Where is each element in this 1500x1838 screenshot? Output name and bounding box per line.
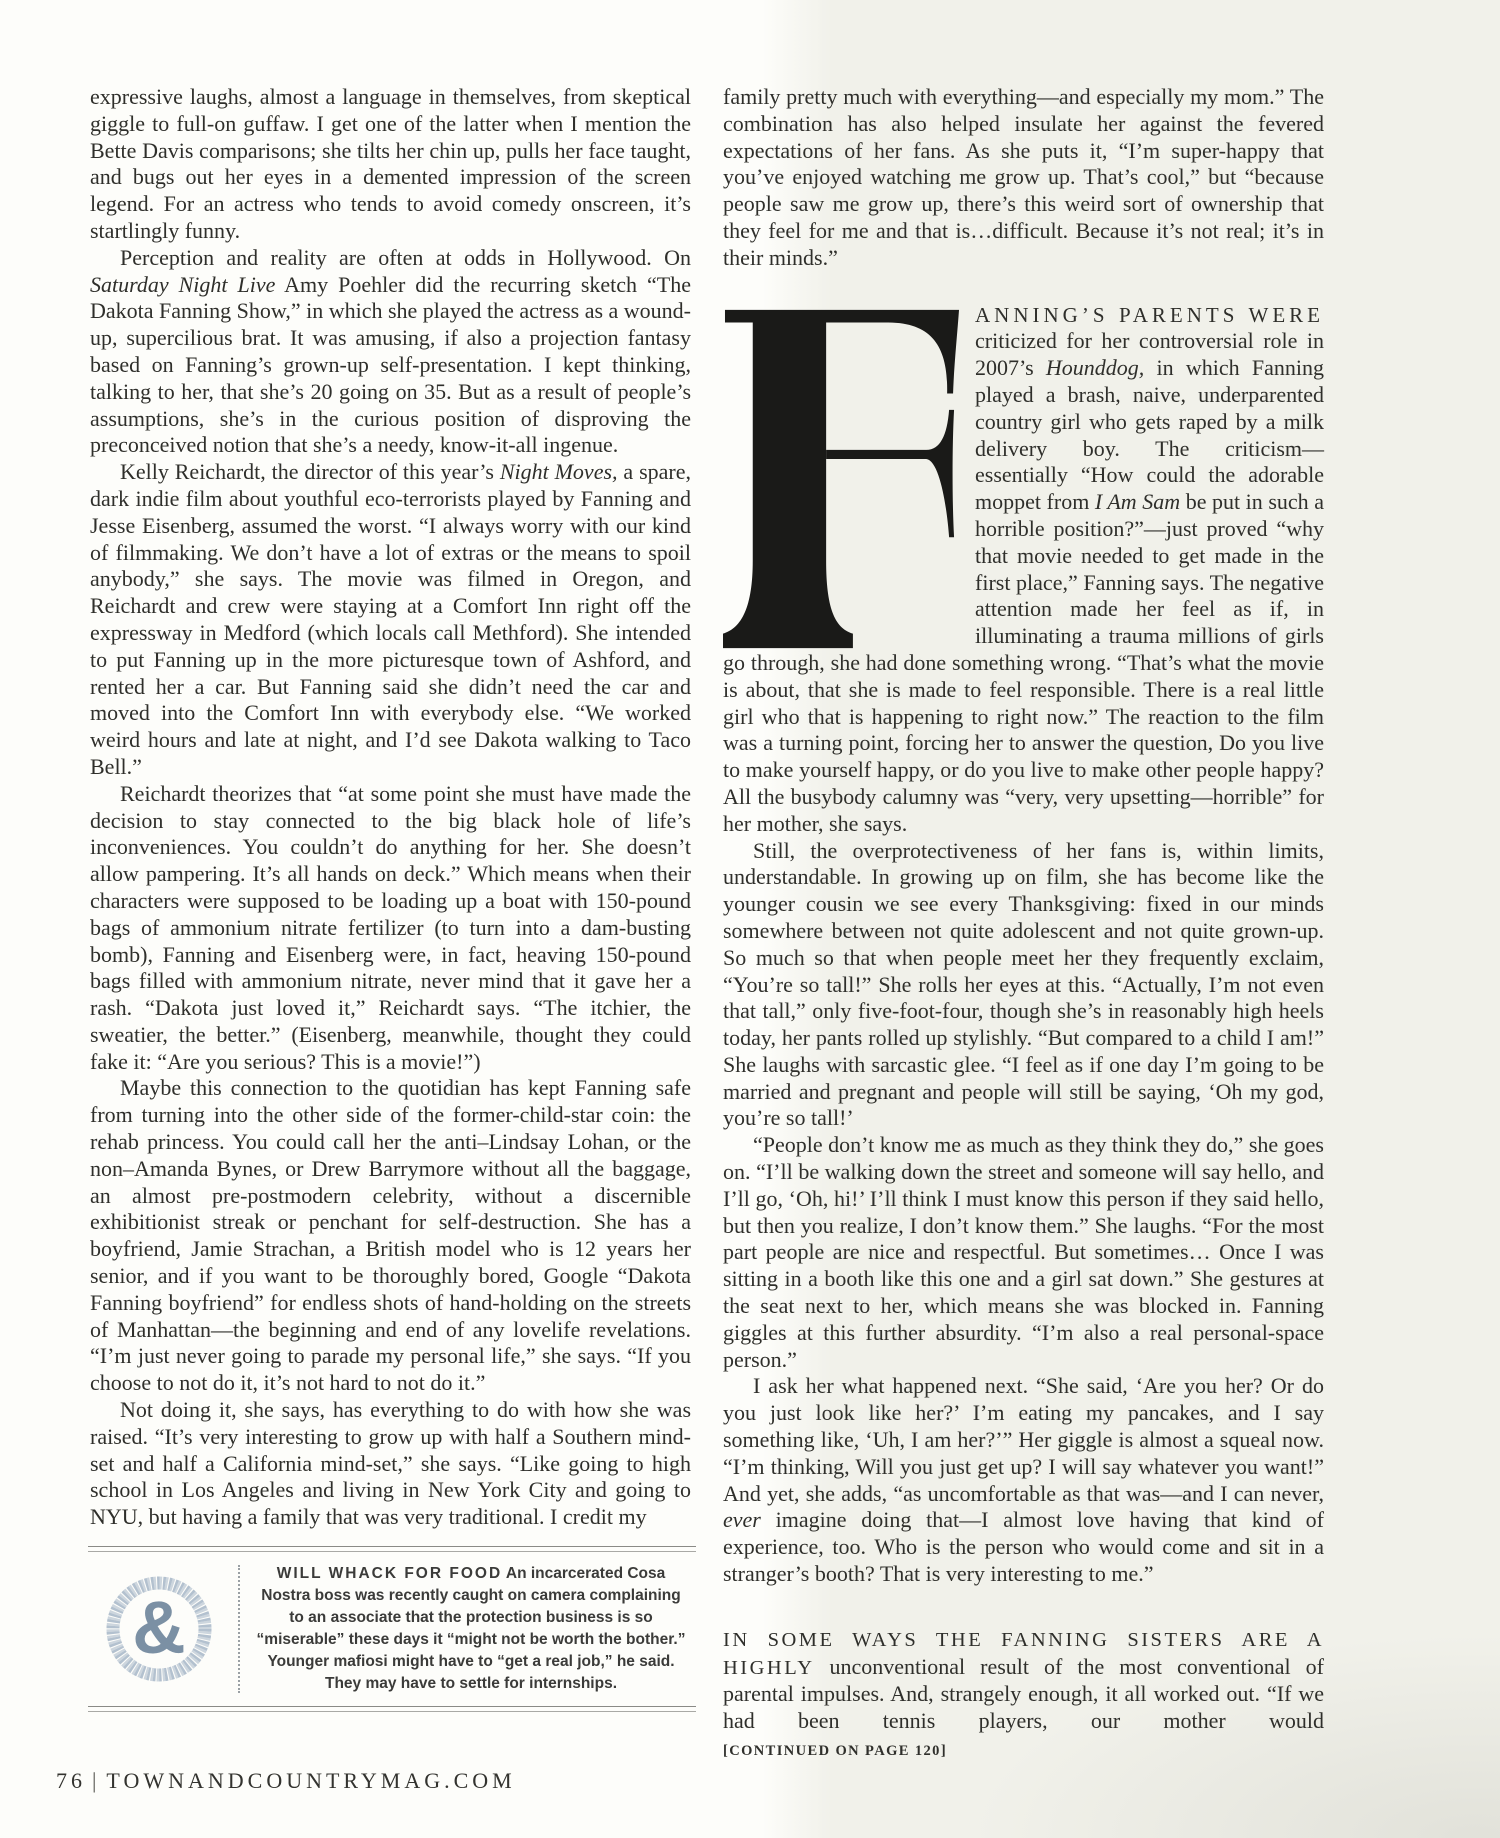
body-paragraph: “People don’t know me as much as they th… <box>723 1132 1324 1373</box>
site-name: TOWNANDCOUNTRYMAG.COM <box>106 1768 515 1793</box>
page-number: 76 <box>56 1768 86 1793</box>
fact-box-dotted-divider <box>238 1565 240 1693</box>
body-paragraph: family pretty much with everything—and e… <box>723 84 1324 272</box>
fact-box-text: WILL WHACK FOR FOOD An incarcerated Cosa… <box>256 1563 696 1695</box>
left-column: expressive laughs, almost a language in … <box>90 84 691 1531</box>
body-paragraph: expressive laughs, almost a language in … <box>90 84 691 245</box>
fact-box-bottom-rule <box>88 1706 696 1712</box>
fact-box-body: An incarcerated Cosa Nostra boss was rec… <box>257 1565 686 1692</box>
body-paragraph: Perception and reality are often at odds… <box>90 245 691 459</box>
dropcap-section: ANNING’S PARENTS WERE criticized for her… <box>723 302 1324 838</box>
body-paragraph: I ask her what happened next. “She said,… <box>723 1373 1324 1587</box>
body-paragraph: Still, the overprotectiveness of her fan… <box>723 838 1324 1133</box>
body-paragraph: Reichardt theorizes that “at some point … <box>90 781 691 1076</box>
fact-box-content: & WILL WHACK FOR FOOD An incarcerated Co… <box>88 1552 696 1706</box>
footer-separator: | <box>86 1768 106 1793</box>
page-footer: 76|TOWNANDCOUNTRYMAG.COM <box>56 1768 516 1794</box>
body-paragraph: Kelly Reichardt, the director of this ye… <box>90 459 691 781</box>
dropcap-paragraph: ANNING’S PARENTS WERE criticized for her… <box>723 302 1324 838</box>
body-paragraph: Maybe this connection to the quotidian h… <box>90 1075 691 1397</box>
closing-section-paragraph: IN SOME WAYS THE FANNING SISTERS ARE A H… <box>723 1626 1324 1765</box>
right-column: family pretty much with everything—and e… <box>723 84 1324 1765</box>
fact-box: & WILL WHACK FOR FOOD An incarcerated Co… <box>88 1546 696 1712</box>
dropcap-letter-f <box>723 308 961 650</box>
body-paragraph: Not doing it, she says, has everything t… <box>90 1397 691 1531</box>
ampersand-icon: & <box>102 1572 216 1686</box>
ampersand-wreath-emblem: & <box>102 1572 216 1686</box>
fact-box-title: WILL WHACK FOR FOOD <box>277 1565 502 1582</box>
